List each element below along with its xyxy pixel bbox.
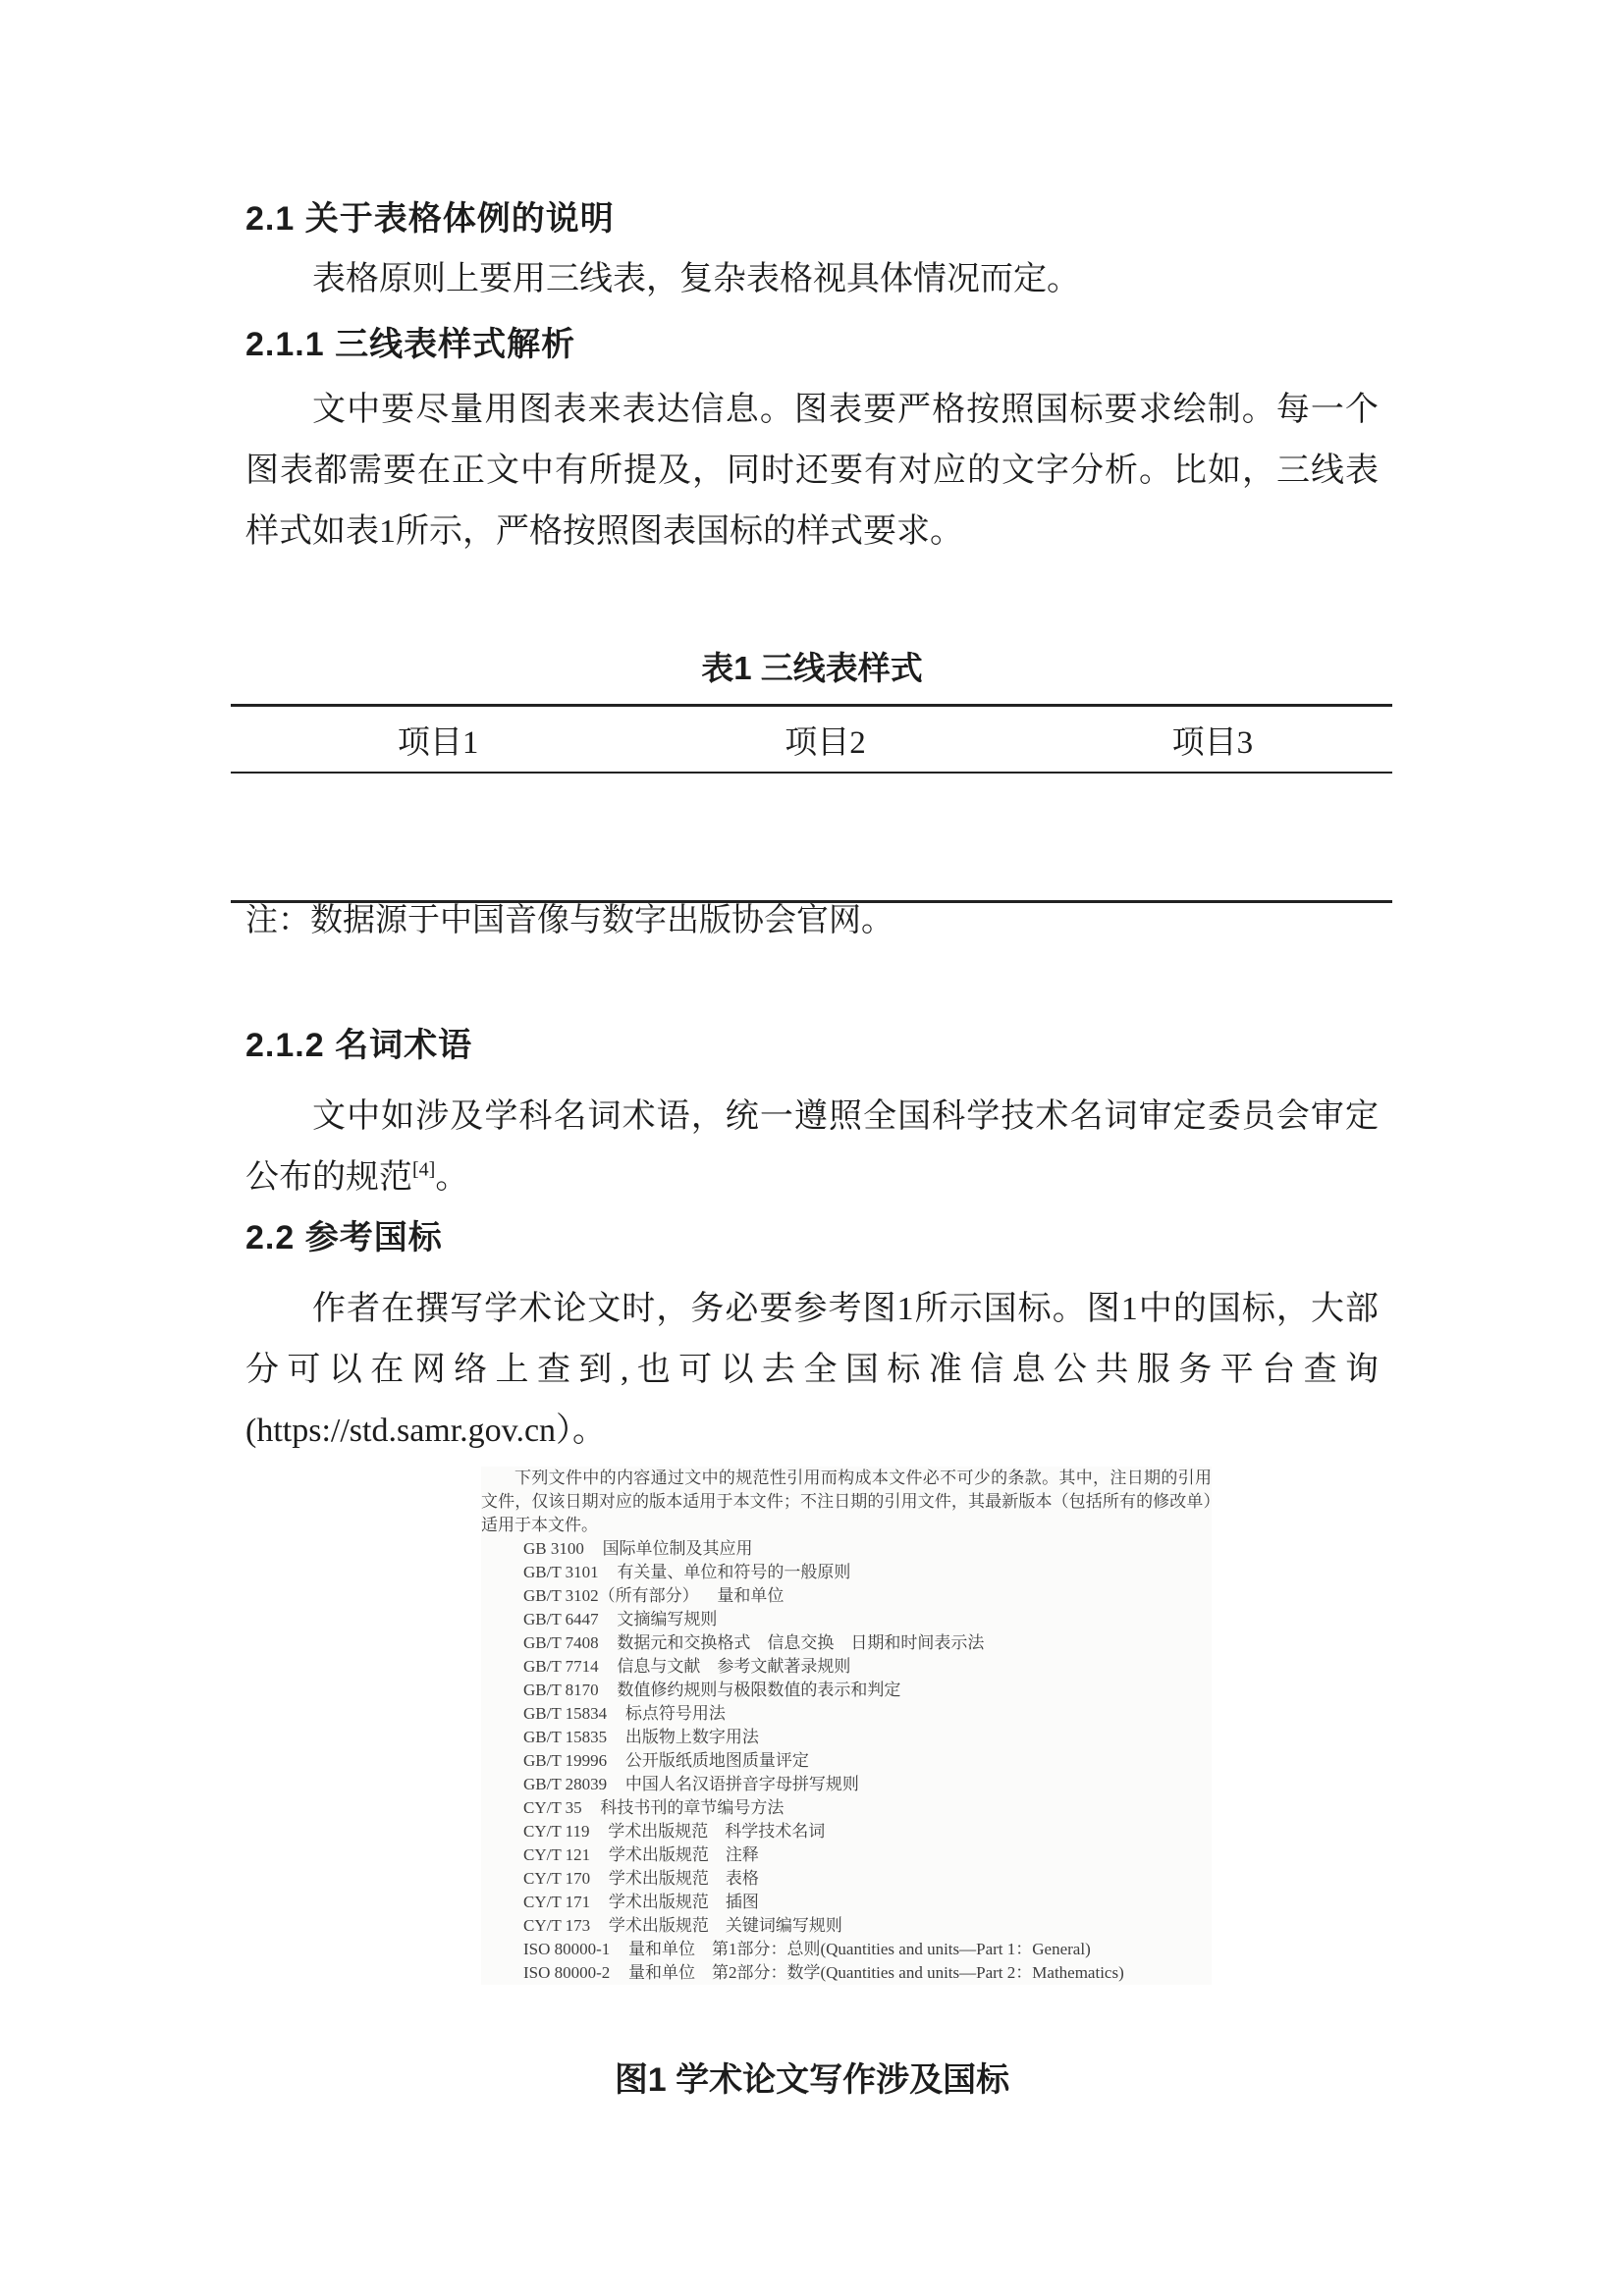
table-column-header-1: 项目1 <box>231 717 618 763</box>
standard-item: CY/T 173学术出版规范 关键词编写规则 <box>481 1914 1212 1938</box>
standard-title: 中国人名汉语拼音字母拼写规则 <box>625 1775 859 1793</box>
standard-title: 国际单位制及其应用 <box>603 1539 753 1558</box>
standard-code: GB/T 8170 <box>523 1681 599 1699</box>
standard-title: 学术出版规范 科学技术名词 <box>608 1822 825 1841</box>
paragraph-terminology-tail: 。 <box>435 1159 468 1196</box>
standard-code: GB/T 7714 <box>523 1657 599 1676</box>
standard-title: 文摘编写规则 <box>617 1610 717 1629</box>
standard-title: 标点符号用法 <box>625 1704 726 1723</box>
figure-intro-paragraph: 下列文件中的内容通过文中的规范性引用而构成本文件必不可少的条款。其中，注日期的引… <box>481 1467 1212 1537</box>
standard-title: 量和单位 第1部分：总则(Quantities and units—Part 1… <box>628 1940 1091 1958</box>
figure-caption: 图1 学术论文写作涉及国标 <box>0 2059 1624 2101</box>
standard-title: 信息与文献 参考文献著录规则 <box>617 1657 850 1676</box>
paragraph-figure-table-rules: 文中要尽量用图表来表达信息。图表要严格按照国标要求绘制。每一个图表都需要在正文中… <box>245 380 1379 562</box>
standard-title: 学术出版规范 插图 <box>609 1893 759 1911</box>
standard-item: GB/T 28039中国人名汉语拼音字母拼写规则 <box>481 1773 1212 1796</box>
standard-code: GB/T 15834 <box>523 1704 607 1723</box>
standard-code: GB/T 3102（所有部分） <box>523 1586 699 1605</box>
standard-code: GB/T 19996 <box>523 1751 607 1770</box>
standard-title: 量和单位 第2部分：数学(Quantities and units—Part 2… <box>628 1963 1124 1982</box>
standard-item: CY/T 170学术出版规范 表格 <box>481 1867 1212 1891</box>
heading-2-1: 2.1 关于表格体例的说明 <box>245 199 615 239</box>
standard-item: ISO 80000-1量和单位 第1部分：总则(Quantities and u… <box>481 1938 1212 1961</box>
standard-title: 数值修约规则与极限数值的表示和判定 <box>617 1681 900 1699</box>
standard-title: 量和单位 <box>717 1586 784 1605</box>
standard-item: CY/T 121学术出版规范 注释 <box>481 1843 1212 1867</box>
standard-code: GB/T 3101 <box>523 1563 599 1581</box>
table-header-row: 项目1 项目2 项目3 <box>231 707 1392 774</box>
standard-item: GB/T 7714信息与文献 参考文献著录规则 <box>481 1655 1212 1679</box>
three-line-table: 项目1 项目2 项目3 <box>231 704 1392 903</box>
standard-item: CY/T 171学术出版规范 插图 <box>481 1891 1212 1914</box>
standard-item: GB/T 15835出版物上数字用法 <box>481 1726 1212 1749</box>
standards-figure-image: 下列文件中的内容通过文中的规范性引用而构成本文件必不可少的条款。其中，注日期的引… <box>481 1467 1212 1985</box>
table-caption: 表1 三线表样式 <box>245 649 1379 688</box>
standard-code: ISO 80000-1 <box>523 1940 610 1958</box>
standard-title: 数据元和交换格式 信息交换 日期和时间表示法 <box>617 1633 984 1652</box>
standard-item: CY/T 119学术出版规范 科学技术名词 <box>481 1820 1212 1843</box>
standard-item: CY/T 35科技书刊的章节编号方法 <box>481 1796 1212 1820</box>
standard-title: 学术出版规范 关键词编写规则 <box>609 1916 842 1935</box>
standard-item: GB/T 15834标点符号用法 <box>481 1702 1212 1726</box>
citation-superscript: [4] <box>412 1159 435 1181</box>
standard-code: GB/T 15835 <box>523 1728 607 1746</box>
heading-2-1-2: 2.1.2 名词术语 <box>245 1026 472 1065</box>
table-column-header-2: 项目2 <box>618 717 1004 763</box>
standard-code: CY/T 170 <box>523 1869 590 1888</box>
standard-item: ISO 80000-2量和单位 第2部分：数学(Quantities and u… <box>481 1961 1212 1985</box>
standard-code: CY/T 119 <box>523 1822 590 1841</box>
standard-title: 科技书刊的章节编号方法 <box>600 1798 784 1817</box>
standard-code: CY/T 121 <box>523 1845 590 1864</box>
standard-title: 公开版纸质地图质量评定 <box>625 1751 809 1770</box>
standard-item: GB/T 6447文摘编写规则 <box>481 1608 1212 1631</box>
document-page: { "doc": { "heading_2_1": "2.1 关于表格体例的说明… <box>0 0 1624 2296</box>
table-note: 注：数据源于中国音像与数字出版协会官网。 <box>245 901 1522 940</box>
standard-code: ISO 80000-2 <box>523 1963 610 1982</box>
standard-code: GB/T 6447 <box>523 1610 599 1629</box>
paragraph-terminology: 文中如涉及学科名词术语，统一遵照全国科学技术名词审定委员会审定公布的规范[4]。 <box>245 1087 1379 1208</box>
standard-item: GB/T 3102（所有部分）量和单位 <box>481 1584 1212 1608</box>
standard-title: 学术出版规范 注释 <box>609 1845 759 1864</box>
table-body-empty <box>231 774 1392 903</box>
heading-2-1-1: 2.1.1 三线表样式解析 <box>245 325 575 364</box>
paragraph-reference-standards: 作者在撰写学术论文时，务必要参考图1所示国标。图1中的国标，大部分可以在网络上查… <box>245 1279 1379 1462</box>
table-column-header-3: 项目3 <box>1005 717 1392 763</box>
standard-item: GB/T 3101有关量、单位和符号的一般原则 <box>481 1561 1212 1584</box>
standard-title: 有关量、单位和符号的一般原则 <box>617 1563 850 1581</box>
standard-code: CY/T 171 <box>523 1893 590 1911</box>
standard-code: CY/T 35 <box>523 1798 582 1817</box>
standard-code: CY/T 173 <box>523 1916 590 1935</box>
standard-code: GB/T 7408 <box>523 1633 599 1652</box>
standard-title: 学术出版规范 表格 <box>609 1869 759 1888</box>
paragraph-terminology-text: 文中如涉及学科名词术语，统一遵照全国科学技术名词审定委员会审定公布的规范 <box>245 1098 1379 1196</box>
standard-item: GB/T 7408数据元和交换格式 信息交换 日期和时间表示法 <box>481 1631 1212 1655</box>
standard-item: GB/T 8170数值修约规则与极限数值的表示和判定 <box>481 1679 1212 1702</box>
standard-item: GB/T 19996公开版纸质地图质量评定 <box>481 1749 1212 1773</box>
standard-item: GB 3100国际单位制及其应用 <box>481 1537 1212 1561</box>
heading-2-2: 2.2 参考国标 <box>245 1218 443 1257</box>
standard-code: GB/T 28039 <box>523 1775 607 1793</box>
paragraph-table-principle: 表格原则上要用三线表，复杂表格视具体情况而定。 <box>245 249 1379 310</box>
standard-code: GB 3100 <box>523 1539 584 1558</box>
standard-title: 出版物上数字用法 <box>625 1728 759 1746</box>
